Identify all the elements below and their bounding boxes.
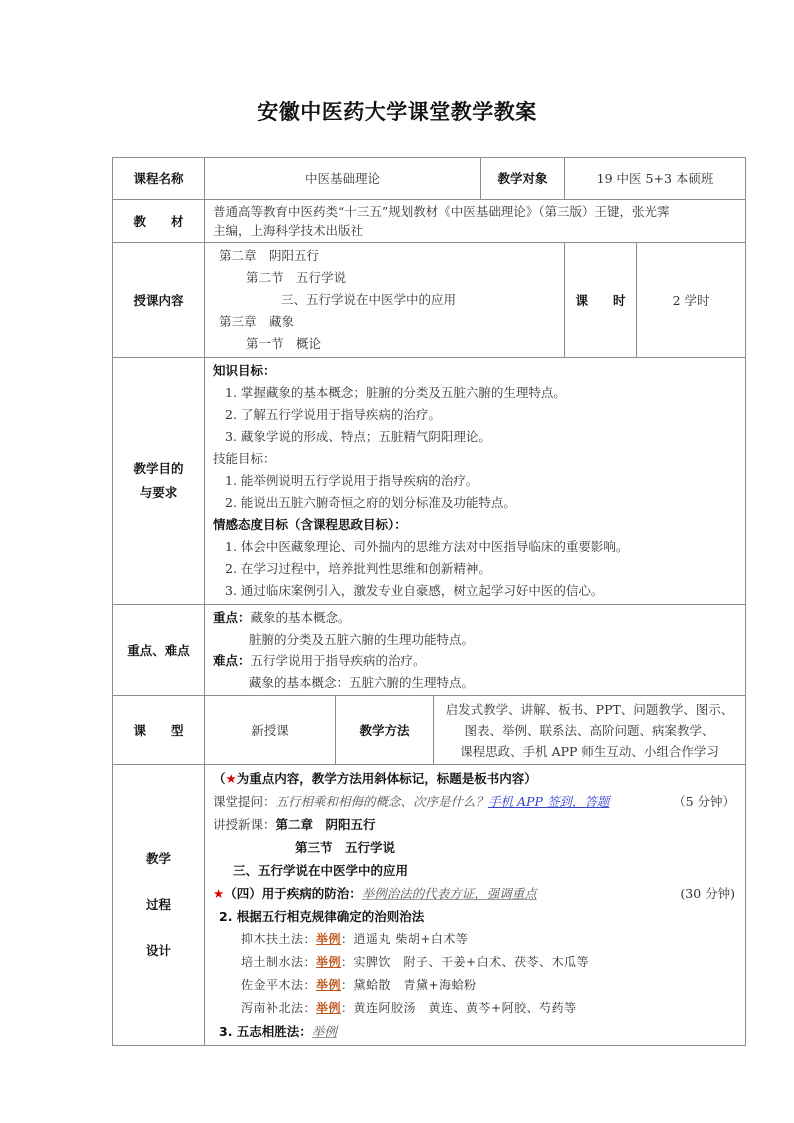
- example-tag: 举例: [316, 932, 341, 946]
- target-value: 19 中医 5+3 本硕班: [565, 158, 746, 200]
- row-textbook: 教 材 普通高等教育中医药类“十三五”规划教材《中医基础理论》（第三版）王键，张…: [113, 200, 746, 243]
- emotion-item: 1. 体会中医藏象理论、司外揣内的思维方法对中医指导临床的重要影响。: [213, 536, 737, 558]
- content-line: 第一节 概论: [219, 333, 556, 355]
- question-text: 五行相乘和相侮的概念、次序是什么？: [276, 794, 489, 809]
- row-process: 教学 过程 设计 （★为重点内容，教学方法用斜体标记，标题是板书内容） 课堂提问…: [113, 765, 746, 1046]
- goals-label: 教学目的 与要求: [113, 358, 205, 605]
- course-name-value: 中医基础理论: [205, 158, 481, 200]
- method-name: 培土制水法：: [241, 955, 316, 969]
- point4-title: （四）用于疾病的防治：: [224, 886, 362, 901]
- difficult-heading: 难点：: [213, 653, 251, 668]
- knowledge-item: 1. 掌握藏象的基本概念；脏腑的分类及五脏六腑的生理特点。: [213, 382, 737, 404]
- target-label: 教学对象: [481, 158, 565, 200]
- star-icon: ★: [213, 886, 224, 901]
- method-detail: ：黄连阿胶汤 黄连、黄芩+阿胶、芍药等: [341, 1001, 577, 1015]
- hours-value: 2 学时: [637, 243, 746, 358]
- content-line: 第二节 五行学说: [219, 267, 556, 289]
- time-badge: (30 分钟): [680, 882, 737, 905]
- goals-value: 知识目标： 1. 掌握藏象的基本概念；脏腑的分类及五脏六腑的生理特点。 2. 了…: [205, 358, 746, 605]
- item2-title: 2. 根据五行相克规律确定的治则治法: [213, 905, 737, 928]
- row-content: 授课内容 第二章 阴阳五行 第二节 五行学说 三、五行学说在中医学中的应用 第三…: [113, 243, 746, 358]
- key-item: 藏象的基本概念。: [251, 610, 351, 625]
- content-line: 第三章 藏象: [219, 311, 556, 333]
- process-value: （★为重点内容，教学方法用斜体标记，标题是板书内容） 课堂提问：五行相乘和相侮的…: [205, 765, 746, 1046]
- method-name: 泻南补北法：: [241, 1001, 316, 1015]
- hours-label: 课 时: [565, 243, 637, 358]
- key-heading: 重点：: [213, 610, 251, 625]
- lecture-prefix: 讲授新课：: [213, 817, 276, 832]
- method-name: 抑木扶土法：: [241, 932, 316, 946]
- method-detail: ：黛蛤散 青黛+海蛤粉: [341, 978, 477, 992]
- content-label: 授课内容: [113, 243, 205, 358]
- skill-heading: 技能目标：: [213, 448, 737, 470]
- content-line: 三、五行学说在中医学中的应用: [219, 289, 556, 311]
- row-keypoints: 重点、难点 重点：藏象的基本概念。 脏腑的分类及五脏六腑的生理功能特点。 难点：…: [113, 605, 746, 696]
- content-value: 第二章 阴阳五行 第二节 五行学说 三、五行学说在中医学中的应用 第三章 藏象 …: [205, 243, 565, 358]
- difficult-item: 藏象的基本概念：五脏六腑的生理特点。: [213, 672, 737, 694]
- textbook-value: 普通高等教育中医药类“十三五”规划教材《中医基础理论》（第三版）王键，张光霁 主…: [205, 200, 746, 243]
- emotion-item: 2. 在学习过程中，培养批判性思维和创新精神。: [213, 558, 737, 580]
- page-title: 安徽中医药大学课堂教学教案: [0, 96, 794, 126]
- keypoints-value: 重点：藏象的基本概念。 脏腑的分类及五脏六腑的生理功能特点。 难点：五行学说用于…: [205, 605, 746, 696]
- method-row: 泻南补北法：举例：黄连阿胶汤 黄连、黄芩+阿胶、芍药等: [213, 997, 737, 1020]
- item3-title: 3. 五志相胜法：: [219, 1024, 312, 1039]
- question-prefix: 课堂提问：: [213, 794, 276, 809]
- row-goals: 教学目的 与要求 知识目标： 1. 掌握藏象的基本概念；脏腑的分类及五脏六腑的生…: [113, 358, 746, 605]
- textbook-line: 主编，上海科学技术出版社: [213, 221, 737, 240]
- process-label-line: 过程: [113, 882, 204, 928]
- skill-item: 1. 能举例说明五行学说用于指导疾病的治疗。: [213, 470, 737, 492]
- example-tag: 举例: [316, 1001, 341, 1015]
- textbook-line: 普通高等教育中医药类“十三五”规划教材《中医基础理论》（第三版）王键，张光霁: [213, 202, 737, 221]
- method-line: 图表、举例、联系法、高阶问题、病案教学、: [434, 720, 745, 741]
- lecture-sub: 三、五行学说在中医学中的应用: [213, 859, 737, 882]
- method-value: 启发式教学、讲解、板书、PPT、问题教学、图示、 图表、举例、联系法、高阶问题、…: [434, 696, 746, 765]
- point4-method: 举例治法的代表方证，强调重点: [362, 886, 537, 901]
- row-type: 课 型 新授课 教学方法 启发式教学、讲解、板书、PPT、问题教学、图示、 图表…: [113, 696, 746, 765]
- example-tag: 举例: [316, 955, 341, 969]
- difficult-item: 五行学说用于指导疾病的治疗。: [251, 653, 426, 668]
- emotion-item: 3. 通过临床案例引入，激发专业自豪感，树立起学习好中医的信心。: [213, 580, 737, 602]
- process-label-line: 设计: [113, 928, 204, 974]
- lesson-plan-table: 课程名称 中医基础理论 教学对象 19 中医 5+3 本硕班 教 材 普通高等教…: [112, 157, 746, 1046]
- knowledge-item: 2. 了解五行学说用于指导疾病的治疗。: [213, 404, 737, 426]
- goals-label-line: 与要求: [113, 481, 204, 505]
- star-icon: ★: [226, 771, 237, 786]
- legend-paren: （: [213, 771, 226, 786]
- time-badge: （5 分钟）: [673, 790, 737, 813]
- app-signin-link[interactable]: 手机 APP 签到，答题: [488, 794, 609, 809]
- lecture-chapter: 第二章 阴阳五行: [276, 817, 376, 832]
- method-label: 教学方法: [336, 696, 434, 765]
- method-row: 佐金平木法：举例：黛蛤散 青黛+海蛤粉: [213, 974, 737, 997]
- method-row: 培土制水法：举例：实脾饮 附子、干姜+白术、茯苓、木瓜等: [213, 951, 737, 974]
- emotion-heading: 情感态度目标（含课程思政目标）：: [213, 514, 737, 536]
- process-label-line: 教学: [113, 836, 204, 882]
- method-detail: ：逍遥丸 柴胡+白术等: [341, 932, 468, 946]
- key-item: 脏腑的分类及五脏六腑的生理功能特点。: [213, 629, 737, 651]
- method-row: 抑木扶土法：举例：逍遥丸 柴胡+白术等: [213, 928, 737, 951]
- legend-text: 为重点内容，教学方法用斜体标记，标题是板书内容）: [237, 771, 537, 786]
- knowledge-heading: 知识目标：: [213, 360, 737, 382]
- goals-label-line: 教学目的: [113, 457, 204, 481]
- keypoints-label: 重点、难点: [113, 605, 205, 696]
- content-line: 第二章 阴阳五行: [219, 245, 556, 267]
- type-label: 课 型: [113, 696, 205, 765]
- row-course: 课程名称 中医基础理论 教学对象 19 中医 5+3 本硕班: [113, 158, 746, 200]
- textbook-label: 教 材: [113, 200, 205, 243]
- type-value: 新授课: [205, 696, 336, 765]
- method-name: 佐金平木法：: [241, 978, 316, 992]
- method-line: 启发式教学、讲解、板书、PPT、问题教学、图示、: [434, 699, 745, 720]
- course-name-label: 课程名称: [113, 158, 205, 200]
- skill-item: 2. 能说出五脏六腑奇恒之府的划分标准及功能特点。: [213, 492, 737, 514]
- example-tag: 举例: [316, 978, 341, 992]
- method-line: 课程思政、手机 APP 师生互动、小组合作学习: [434, 741, 745, 762]
- item3-method: 举例: [312, 1024, 337, 1039]
- knowledge-item: 3. 藏象学说的形成、特点；五脏精气阴阳理论。: [213, 426, 737, 448]
- method-detail: ：实脾饮 附子、干姜+白术、茯苓、木瓜等: [341, 955, 589, 969]
- process-label: 教学 过程 设计: [113, 765, 205, 1046]
- lecture-section: 第三节 五行学说: [213, 836, 737, 859]
